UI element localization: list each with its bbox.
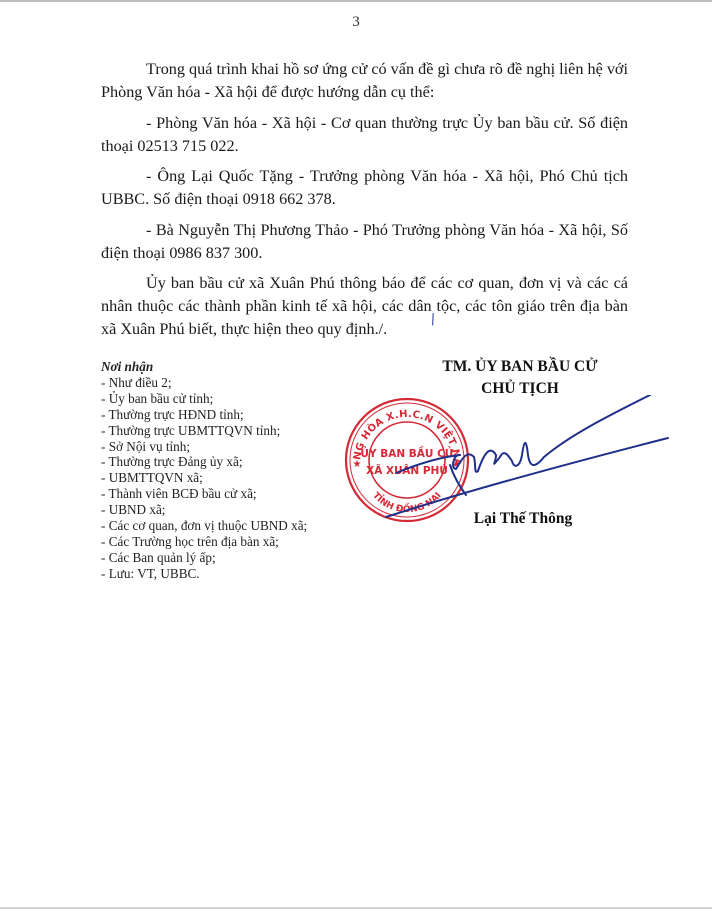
recipient-item: - Như điều 2; [101,375,307,391]
paragraph-announcement: Ủy ban bầu cử xã Xuân Phú thông báo để c… [101,272,628,341]
document-body: Trong quá trình khai hồ sơ ứng cử có vấn… [101,58,628,349]
paragraph-contact-deputy: - Bà Nguyễn Thị Phương Thảo - Phó Trưởng… [101,219,628,265]
recipient-item: - Các Trường học trên địa bàn xã; [101,534,307,550]
recipient-item: - Lưu: VT, UBBC. [101,566,307,582]
recipient-item: - Ủy ban bầu cử tỉnh; [101,391,307,407]
paragraph-contact-intro: Trong quá trình khai hồ sơ ứng cử có vấn… [101,58,628,104]
recipients-title: Nơi nhận [101,359,307,375]
signature-block: TM. ỦY BAN BẦU CỬ CHỦ TỊCH [400,356,640,400]
recipients-list: Nơi nhận - Như điều 2;- Ủy ban bầu cử tỉ… [101,359,307,582]
recipient-item: - Thường trực UBMTTQVN tỉnh; [101,423,307,439]
paragraph-contact-office: - Phòng Văn hóa - Xã hội - Cơ quan thườn… [101,112,628,158]
recipient-item: - Sở Nội vụ tỉnh; [101,439,307,455]
recipient-item: - UBMTTQVN xã; [101,470,307,486]
recipient-items: - Như điều 2;- Ủy ban bầu cử tỉnh;- Thườ… [101,375,307,582]
recipient-item: - Các cơ quan, đơn vị thuộc UBND xã; [101,518,307,534]
recipient-item: - Thành viên BCĐ bầu cử xã; [101,486,307,502]
recipient-item: - UBND xã; [101,502,307,518]
page-top-edge [0,0,712,2]
handwritten-signature [350,395,670,525]
recipient-item: - Thường trực HĐND tỉnh; [101,407,307,423]
paragraph-contact-head: - Ông Lại Quốc Tặng - Trưởng phòng Văn h… [101,165,628,211]
signature-on-behalf: TM. ỦY BAN BẦU CỬ [400,356,640,378]
recipient-item: - Các Ban quản lý ấp; [101,550,307,566]
recipient-item: - Thường trực Đảng ủy xã; [101,454,307,470]
announcement-text: Ủy ban bầu cử xã Xuân Phú thông báo để c… [101,274,628,338]
signer-name: Lại Thế Thông [448,510,598,528]
page-number: 3 [0,14,712,31]
